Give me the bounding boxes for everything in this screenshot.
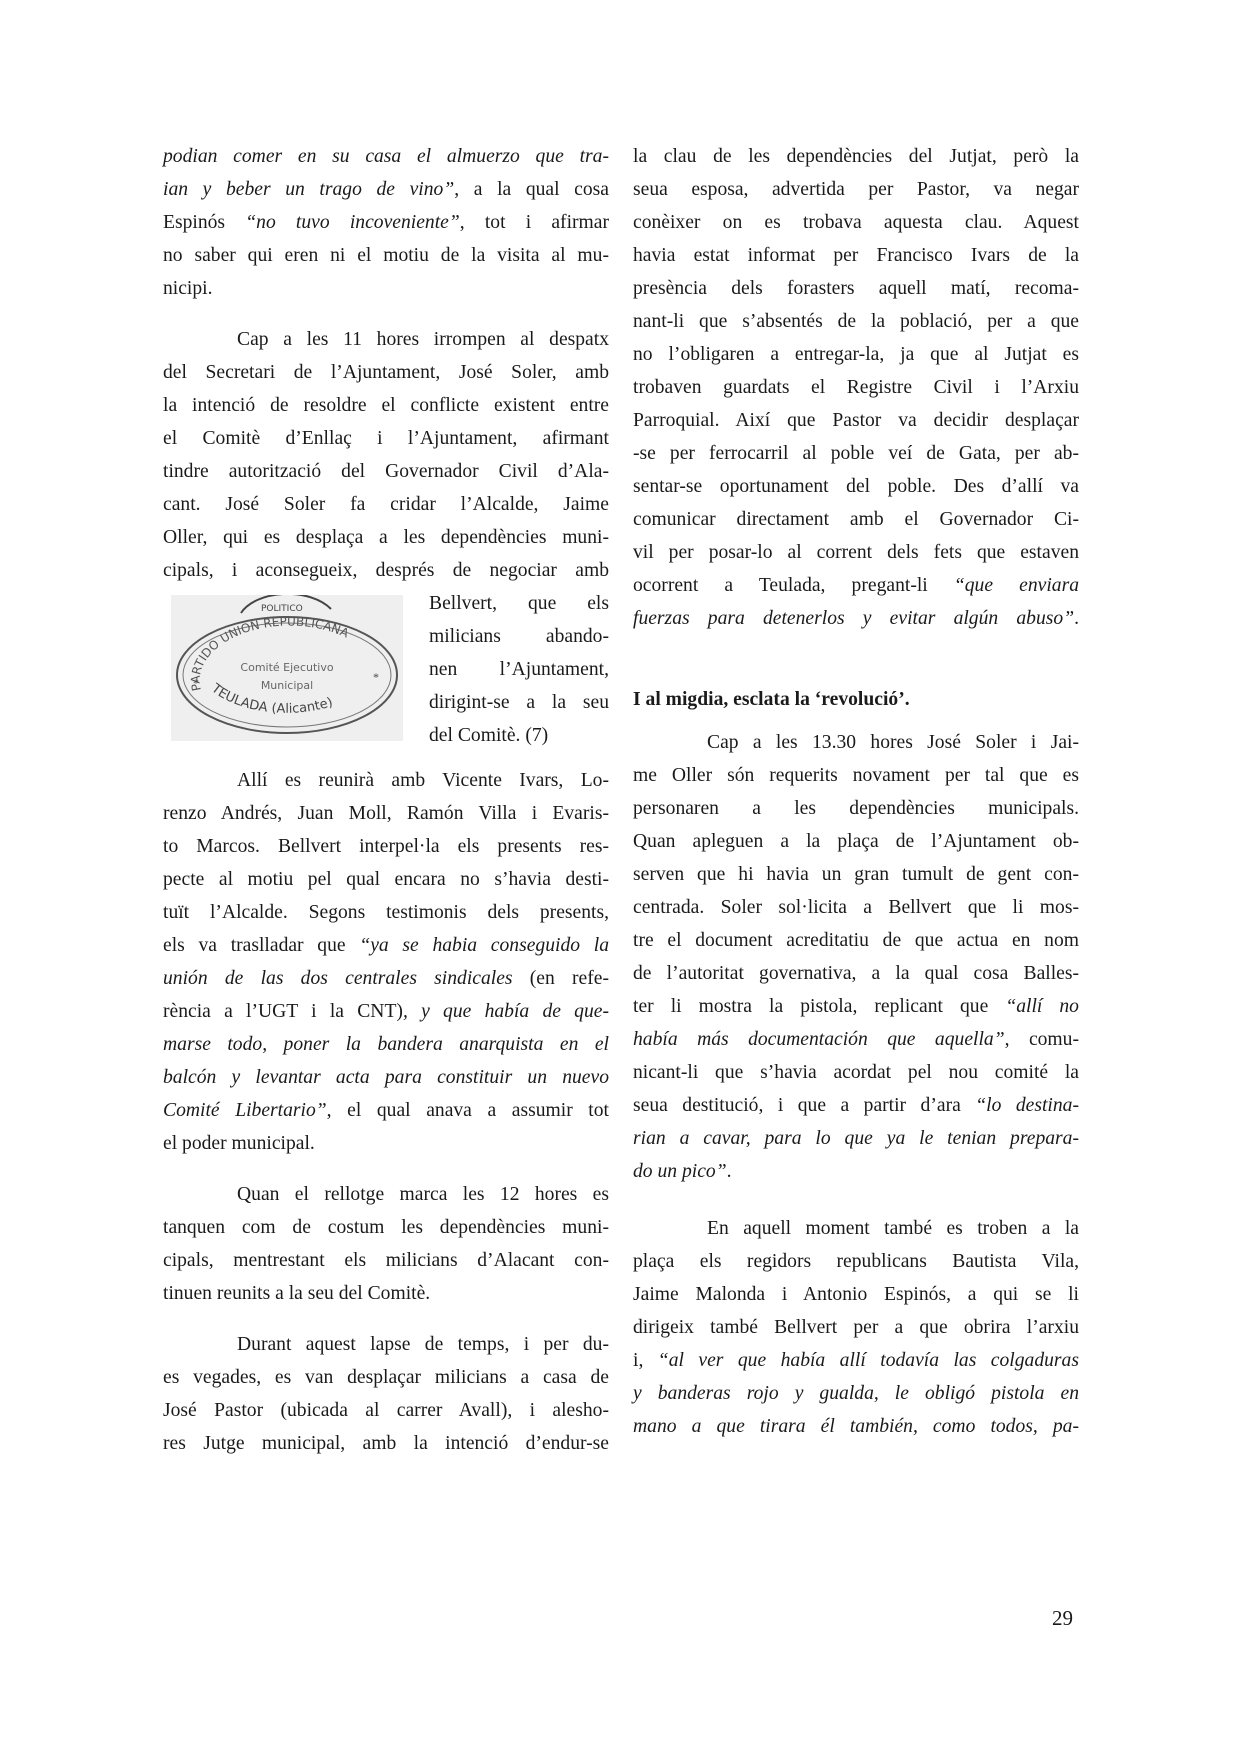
text-line: Jaime Malonda i Antonio Espinós, a qui s… xyxy=(633,1278,1079,1311)
paragraph: Quan el rellotge marca les 12 hores es t… xyxy=(163,1178,609,1310)
text-line: centrada. Soler sol·licita a Bellvert qu… xyxy=(633,891,1079,924)
text-line: -se per ferrocarril al poble veí de Gata… xyxy=(633,437,1079,470)
paragraph: Cap a les 11 hores irrompen al despatx d… xyxy=(163,323,609,752)
text-line: Quan el rellotge marca les 12 hores es xyxy=(163,1178,609,1211)
text: , comu- xyxy=(1005,1029,1079,1050)
text-line: cant. José Soler fa cridar l’Alcalde, Ja… xyxy=(163,488,609,521)
svg-text:POLITICO: POLITICO xyxy=(261,604,303,614)
stamp-icon: POLITICO PARTIDO UNION REPUBLICANA Comit… xyxy=(171,595,403,741)
text-line: Espinós “no tuvo incoveniente”, tot i af… xyxy=(163,206,609,239)
text-line: sentar-se oportunament del poble. Des d’… xyxy=(633,470,1079,503)
text-line: nicant-li que s’havia acordat pel nou co… xyxy=(633,1056,1079,1089)
text-line: En aquell moment també es troben a la xyxy=(633,1212,1079,1245)
page-number: 29 xyxy=(1052,1606,1073,1631)
italic-quote: Comité Libertario” xyxy=(163,1100,327,1121)
text-line: renzo Andrés, Juan Moll, Ramón Villa i E… xyxy=(163,797,609,830)
text-line: ocorrent a Teulada, pregant-li “que envi… xyxy=(633,569,1079,602)
text: seua destitució, i que a partir d’ara xyxy=(633,1095,975,1116)
text-line: no l’obligaren a entregar-la, ja que al … xyxy=(633,338,1079,371)
italic-quote: balcón y levantar acta para constituir u… xyxy=(163,1067,609,1088)
text-line: y banderas rojo y gualda, le obligó pist… xyxy=(633,1377,1079,1410)
text-line: me Oller són requerits novament per tal … xyxy=(633,759,1079,792)
text-line: milicians abando- xyxy=(429,620,609,653)
italic-quote: podian comer en su casa el almuerzo que … xyxy=(163,146,609,167)
text-line: el poder municipal. xyxy=(163,1127,609,1160)
italic-quote: marse todo, poner la bandera anarquista … xyxy=(163,1034,609,1055)
text-line: rència a l’UGT i la CNT), y que había de… xyxy=(163,995,609,1028)
italic-quote: “ya se habia conseguido la xyxy=(359,935,609,956)
text-line: res Jutge municipal, amb la intenció d’e… xyxy=(163,1427,609,1460)
text-line: fuerzas para detenerlos y evitar algún a… xyxy=(633,602,1079,635)
paragraph: Allí es reunirà amb Vicente Ivars, Lo- r… xyxy=(163,764,609,1160)
text-line: Quan apleguen a la plaça de l’Ajuntament… xyxy=(633,825,1079,858)
italic-quote: había más documentación que aquella” xyxy=(633,1029,1005,1050)
text-line: tuït l’Alcalde. Segons testimonis dels p… xyxy=(163,896,609,929)
text-line: no saber qui eren ni el motiu de la visi… xyxy=(163,239,609,272)
paragraph: podian comer en su casa el almuerzo que … xyxy=(163,140,609,305)
text-line: podian comer en su casa el almuerzo que … xyxy=(163,140,609,173)
text: ocorrent a Teulada, pregant-li xyxy=(633,575,954,596)
text-line: els va traslladar que “ya se habia conse… xyxy=(163,929,609,962)
text-line: vil per posar-lo al corrent dels fets qu… xyxy=(633,536,1079,569)
svg-text:Municipal: Municipal xyxy=(261,679,313,692)
text-line: marse todo, poner la bandera anarquista … xyxy=(163,1028,609,1061)
text-line: dirigint-se a la seu xyxy=(429,686,609,719)
text-line: había más documentación que aquella”, co… xyxy=(633,1023,1079,1056)
italic-quote: y banderas rojo y gualda, le obligó pist… xyxy=(633,1383,1079,1404)
text-line: tinuen reunits a la seu del Comitè. xyxy=(163,1277,609,1310)
text: i, xyxy=(633,1350,658,1371)
text-line: havia estat informat per Francisco Ivars… xyxy=(633,239,1079,272)
text-line: José Pastor (ubicada al carrer Avall), i… xyxy=(163,1394,609,1427)
text-line: trobaven guardats el Registre Civil i l’… xyxy=(633,371,1079,404)
text-line: seua destitució, i que a partir d’ara “l… xyxy=(633,1089,1079,1122)
text-line: plaça els regidors republicans Bautista … xyxy=(633,1245,1079,1278)
paragraph: Cap a les 13.30 hores José Soler i Jai- … xyxy=(633,726,1079,1188)
text-line: del Secretari de l’Ajuntament, José Sole… xyxy=(163,356,609,389)
italic-quote: mano a que tirara él también, como todos… xyxy=(633,1416,1079,1437)
italic-quote: do un pico” xyxy=(633,1161,727,1182)
text-line: la intenció de resoldre el conflicte exi… xyxy=(163,389,609,422)
text: rència a l’UGT i la CNT) xyxy=(163,1001,403,1022)
text: ter li mostra la pistola, replicant que xyxy=(633,996,1005,1017)
paragraph: En aquell moment també es troben a la pl… xyxy=(633,1212,1079,1443)
text-line: Cap a les 13.30 hores José Soler i Jai- xyxy=(633,726,1079,759)
text: els va traslladar que xyxy=(163,935,359,956)
italic-quote: “no tuvo incoveniente” xyxy=(245,212,460,233)
svg-text:*: * xyxy=(373,670,379,684)
text-line: la clau de les dependències del Jutjat, … xyxy=(633,140,1079,173)
italic-quote: unión de las dos centrales sindicales xyxy=(163,968,513,989)
text: , a la qual cosa xyxy=(454,179,609,200)
text-line: unión de las dos centrales sindicales (e… xyxy=(163,962,609,995)
text-line: Durant aquest lapse de temps, i per du- xyxy=(163,1328,609,1361)
italic-quote: “allí no xyxy=(1005,996,1079,1017)
text-line: Bellvert, que els xyxy=(429,587,609,620)
section-heading: I al migdia, esclata la ‘revolució’. xyxy=(633,683,1079,716)
text-line: cipals, mentrestant els milicians d’Alac… xyxy=(163,1244,609,1277)
text-line: to Marcos. Bellvert interpel·la els pres… xyxy=(163,830,609,863)
text: , tot i afirmar xyxy=(460,212,609,233)
paragraph: la clau de les dependències del Jutjat, … xyxy=(633,140,1079,635)
text-line: tindre autorització del Governador Civil… xyxy=(163,455,609,488)
text-line: es vegades, es van desplaçar milicians a… xyxy=(163,1361,609,1394)
text-line: comunicar directament amb el Governador … xyxy=(633,503,1079,536)
text-line: seua esposa, advertida per Pastor, va ne… xyxy=(633,173,1079,206)
italic-quote: ian y beber un trago de vino” xyxy=(163,179,454,200)
text-line: ian y beber un trago de vino”, a la qual… xyxy=(163,173,609,206)
wrapped-text: Bellvert, que els milicians abando- nen … xyxy=(429,587,609,752)
text-line: personaren a les dependències municipals… xyxy=(633,792,1079,825)
italic-quote: fuerzas para detenerlos y evitar algún a… xyxy=(633,608,1074,629)
text: . xyxy=(727,1161,732,1182)
text-line: Oller, qui es desplaça a les dependèncie… xyxy=(163,521,609,554)
text-line: de l’autoritat governativa, a la qual co… xyxy=(633,957,1079,990)
text: . xyxy=(1074,608,1079,629)
text-line: conèixer on es trobava aquesta clau. Aqu… xyxy=(633,206,1079,239)
stamp-image: POLITICO PARTIDO UNION REPUBLICANA Comit… xyxy=(171,595,403,741)
text-line: mano a que tirara él también, como todos… xyxy=(633,1410,1079,1443)
text-line: rian a cavar, para lo que ya le tenian p… xyxy=(633,1122,1079,1155)
left-column: podian comer en su casa el almuerzo que … xyxy=(163,140,609,1460)
text-line: pecte al motiu pel qual encara no s’havi… xyxy=(163,863,609,896)
text-line: Cap a les 11 hores irrompen al despatx xyxy=(163,323,609,356)
italic-quote: “al ver que había allí todavía las colga… xyxy=(658,1350,1079,1371)
text-line: tanquen com de costum les dependències m… xyxy=(163,1211,609,1244)
italic-quote: “que enviara xyxy=(954,575,1079,596)
text-line: do un pico”. xyxy=(633,1155,1079,1188)
text-line: Allí es reunirà amb Vicente Ivars, Lo- xyxy=(163,764,609,797)
text-line: i, “al ver que había allí todavía las co… xyxy=(633,1344,1079,1377)
text-line: el Comitè d’Enllaç i l’Ajuntament, afirm… xyxy=(163,422,609,455)
italic-quote: , y que había de que- xyxy=(403,1001,609,1022)
text-line: Parroquial. Així que Pastor va decidir d… xyxy=(633,404,1079,437)
text: (en refe- xyxy=(513,968,609,989)
text-line: serven que hi havia un gran tumult de ge… xyxy=(633,858,1079,891)
text-line: tre el document acreditatiu de que actua… xyxy=(633,924,1079,957)
italic-quote: rian a cavar, para lo que ya le tenian p… xyxy=(633,1128,1079,1149)
text-line: ter li mostra la pistola, replicant que … xyxy=(633,990,1079,1023)
text-line: dirigeix també Bellvert per a que obrira… xyxy=(633,1311,1079,1344)
text-line: nant-li que s’absentés de la població, p… xyxy=(633,305,1079,338)
right-column: la clau de les dependències del Jutjat, … xyxy=(633,140,1079,1443)
paragraph: Durant aquest lapse de temps, i per du- … xyxy=(163,1328,609,1460)
text: Espinós xyxy=(163,212,245,233)
text-line: cipals, i aconsegueix, després de negoci… xyxy=(163,554,609,587)
text-line: balcón y levantar acta para constituir u… xyxy=(163,1061,609,1094)
svg-text:Comité Ejecutivo: Comité Ejecutivo xyxy=(240,661,333,674)
text-line: presència dels forasters aquell matí, re… xyxy=(633,272,1079,305)
svg-text:*: * xyxy=(193,676,199,690)
text: , el qual anava a assumir tot xyxy=(327,1100,609,1121)
footnote-ref-line: del Comitè. (7) xyxy=(429,719,609,752)
text-line: nen l’Ajuntament, xyxy=(429,653,609,686)
text-line: nicipi. xyxy=(163,272,609,305)
text-line: Comité Libertario”, el qual anava a assu… xyxy=(163,1094,609,1127)
italic-quote: “lo destina- xyxy=(975,1095,1079,1116)
